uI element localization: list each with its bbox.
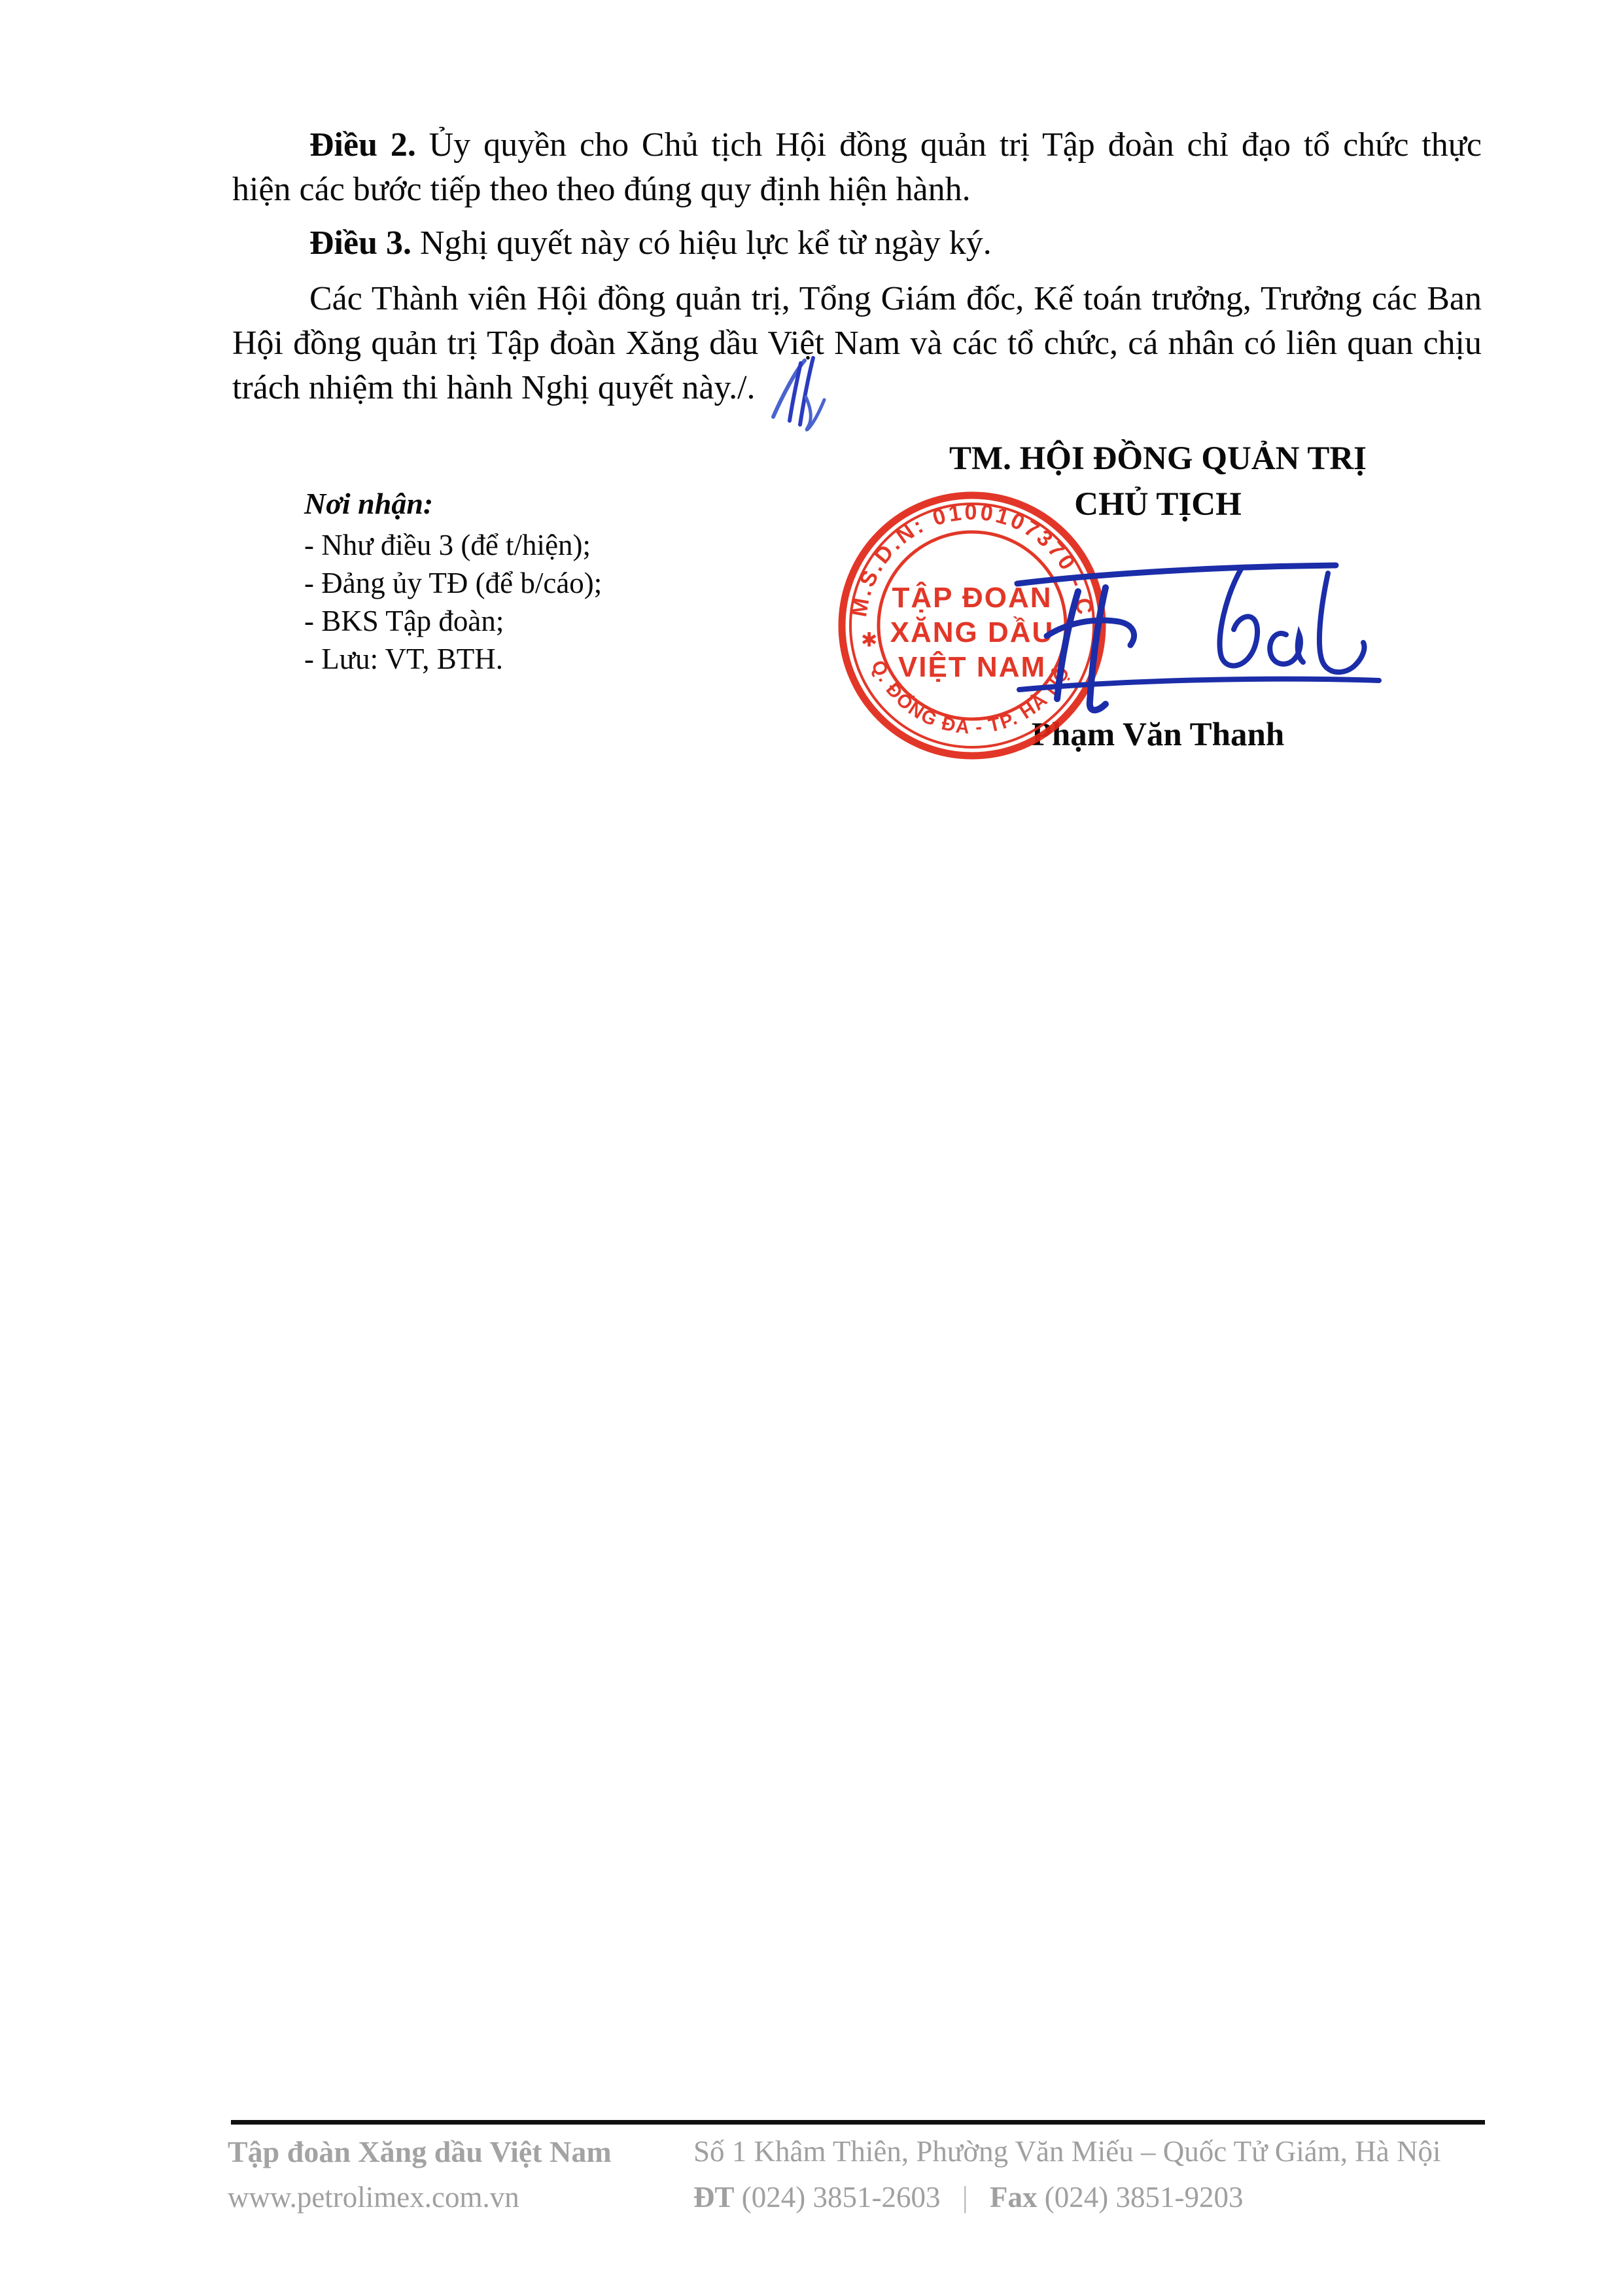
footer-address: Số 1 Khâm Thiên, Phường Văn Miếu – Quốc … <box>693 2134 1441 2168</box>
footer-phone-number: (024) 3851-2603 <box>742 2181 941 2214</box>
closing-paragraph-line-3: trách nhiệm thi hành Nghị quyết này./. <box>232 366 1482 410</box>
recipient-item: - Đảng ủy TĐ (để b/cáo); <box>304 564 602 602</box>
article-3-text: Nghị quyết này có hiệu lực kể từ ngày ký… <box>411 224 992 262</box>
footer-phone-fax: ĐT (024) 3851-2603 | Fax (024) 3851-9203 <box>693 2180 1243 2214</box>
footer-fax-number: (024) 3851-9203 <box>1045 2181 1244 2214</box>
signature-authority: TM. HỘI ĐỒNG QUẢN TRỊ <box>909 436 1406 482</box>
signature-ink-icon <box>1001 550 1406 720</box>
article-2-text-1: Ủy quyền cho Chủ tịch Hội đồng quản trị … <box>416 126 1482 164</box>
seal-star-icon: ✱ <box>861 629 877 651</box>
closing-paragraph-line-2: Hội đồng quản trị Tập đoàn Xăng dầu Việt… <box>232 321 1482 366</box>
article-2-line-1: Điều 2. Ủy quyền cho Chủ tịch Hội đồng q… <box>232 123 1482 168</box>
article-2-line-2: hiện các bước tiếp theo theo đúng quy đị… <box>232 168 1482 212</box>
footer-phone-label: ĐT <box>693 2181 735 2214</box>
article-3-label: Điều 3. <box>309 224 411 262</box>
initials-paraph-icon <box>765 350 837 432</box>
footer-fax-label: Fax <box>990 2181 1038 2214</box>
document-page: Điều 2. Ủy quyền cho Chủ tịch Hội đồng q… <box>0 0 1623 2296</box>
article-3-line: Điều 3. Nghị quyết này có hiệu lực kể từ… <box>232 221 1482 266</box>
footer-divider <box>231 2120 1485 2125</box>
footer-separator: | <box>948 2181 983 2214</box>
footer-website: www.petrolimex.com.vn <box>228 2180 519 2214</box>
recipient-item: - Lưu: VT, BTH. <box>304 640 503 678</box>
recipient-item: - BKS Tập đoàn; <box>304 602 504 640</box>
footer-company-name: Tập đoàn Xăng dầu Việt Nam <box>228 2134 612 2169</box>
closing-paragraph-line-1: Các Thành viên Hội đồng quản trị, Tổng G… <box>232 277 1482 321</box>
recipient-item: - Như điều 3 (để t/hiện); <box>304 526 591 564</box>
article-2-label: Điều 2. <box>309 126 416 164</box>
recipients-heading: Nơi nhận: <box>304 486 433 521</box>
